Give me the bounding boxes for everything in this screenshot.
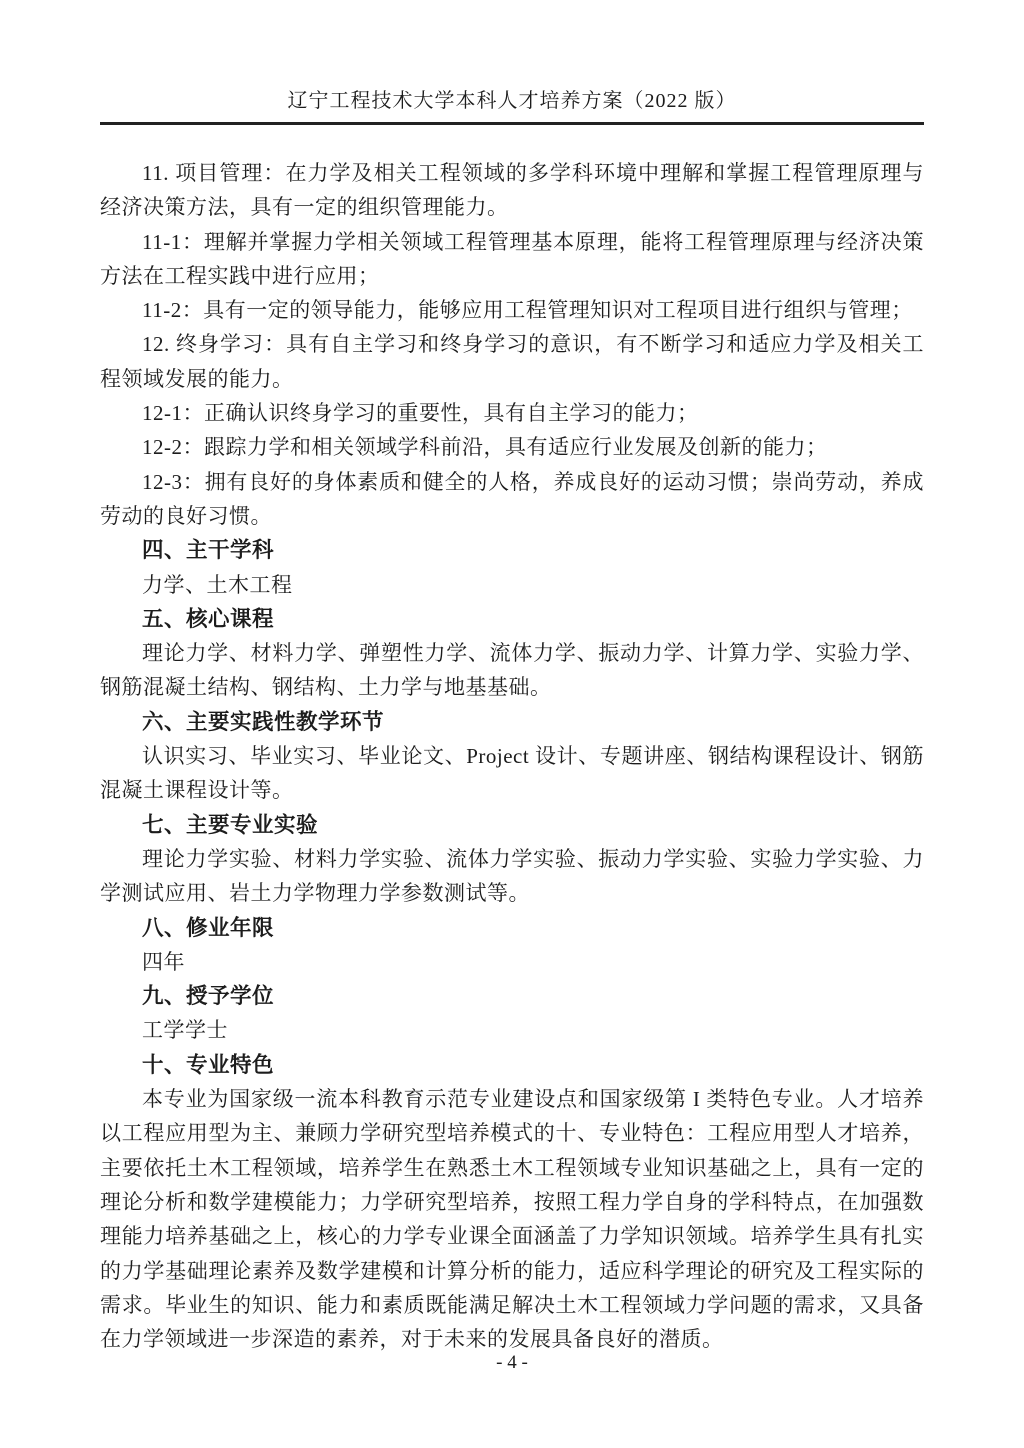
paragraph-12-2: 12-2：跟踪力学和相关领域学科前沿，具有适应行业发展及创新的能力； <box>100 430 924 464</box>
paragraph-12-3: 12-3：拥有良好的身体素质和健全的人格，养成良好的运动习惯；崇尚劳动，养成劳动… <box>100 465 924 534</box>
paragraph-major-experiments: 理论力学实验、材料力学实验、流体力学实验、振动力学实验、实验力学实验、力学测试应… <box>100 842 924 911</box>
paragraph-11-2: 11-2：具有一定的领导能力，能够应用工程管理知识对工程项目进行组织与管理； <box>100 293 924 327</box>
paragraph-12-lifelong-learning: 12. 终身学习：具有自主学习和终身学习的意识，有不断学习和适应力学及相关工程领… <box>100 327 924 396</box>
paragraph-degree-awarded: 工学学士 <box>100 1013 924 1047</box>
paragraph-main-disciplines: 力学、土木工程 <box>100 568 924 602</box>
section-heading-major-features: 十、专业特色 <box>100 1048 924 1082</box>
section-heading-core-courses: 五、核心课程 <box>100 602 924 636</box>
page-header: 辽宁工程技术大学本科人才培养方案（2022 版） <box>100 84 924 125</box>
section-heading-degree-awarded: 九、授予学位 <box>100 979 924 1013</box>
paragraph-12-1: 12-1：正确认识终身学习的重要性，具有自主学习的能力； <box>100 396 924 430</box>
document-title: 辽宁工程技术大学本科人才培养方案（2022 版） <box>100 84 924 113</box>
header-rule <box>100 122 924 125</box>
paragraph-core-courses: 理论力学、材料力学、弹塑性力学、流体力学、振动力学、计算力学、实验力学、钢筋混凝… <box>100 636 924 705</box>
document-page: 辽宁工程技术大学本科人才培养方案（2022 版） 11. 项目管理：在力学及相关… <box>0 0 1024 1448</box>
section-heading-main-disciplines: 四、主干学科 <box>100 533 924 567</box>
paragraph-practical-teaching: 认识实习、毕业实习、毕业论文、Project 设计、专题讲座、钢结构课程设计、钢… <box>100 739 924 808</box>
paragraph-study-duration: 四年 <box>100 945 924 979</box>
document-body: 11. 项目管理：在力学及相关工程领域的多学科环境中理解和掌握工程管理原理与经济… <box>100 156 924 1356</box>
section-heading-major-experiments: 七、主要专业实验 <box>100 808 924 842</box>
paragraph-11-1: 11-1：理解并掌握力学相关领域工程管理基本原理，能将工程管理原理与经济决策方法… <box>100 225 924 294</box>
page-footer: - 4 - <box>0 1352 1024 1374</box>
paragraph-major-features: 本专业为国家级一流本科教育示范专业建设点和国家级第 I 类特色专业。人才培养以工… <box>100 1082 924 1356</box>
section-heading-study-duration: 八、修业年限 <box>100 911 924 945</box>
section-heading-practical-teaching: 六、主要实践性教学环节 <box>100 705 924 739</box>
page-number: - 4 - <box>496 1352 528 1373</box>
paragraph-11-project-management: 11. 项目管理：在力学及相关工程领域的多学科环境中理解和掌握工程管理原理与经济… <box>100 156 924 225</box>
